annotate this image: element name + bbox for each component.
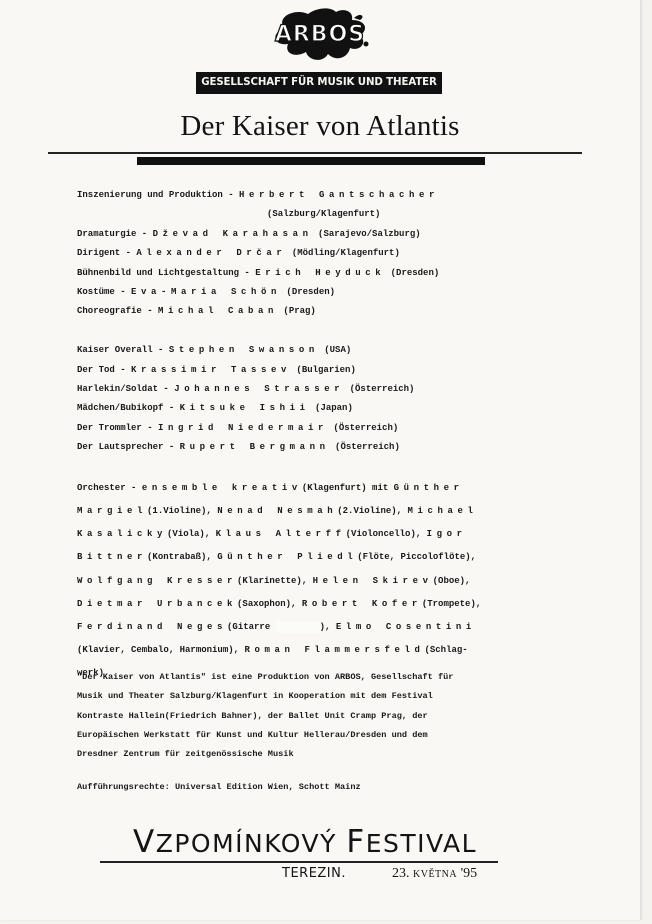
person-name: Johannes Strasser <box>174 384 344 394</box>
orchestra-line: Orchester - ensemble kreativ(Klagenfurt)… <box>77 477 577 500</box>
person-name: Eva-Maria Schön <box>131 287 281 297</box>
person-name: Stephen Swanson <box>169 345 319 355</box>
instrument-text: (Saxophon), <box>237 599 302 609</box>
musician-name: Günther Pliedl <box>217 552 357 562</box>
festival-place: TEREZIN. <box>282 866 346 881</box>
page-title: Der Kaiser von Atlantis <box>0 110 640 143</box>
musician-name: Elmo Cosentini <box>336 622 476 632</box>
role-label: Kostüme - <box>77 287 131 297</box>
musician-name: Roman Flammersfeld <box>244 645 424 655</box>
redacted-patch <box>276 621 320 633</box>
person-name: Dževad Karahasan <box>153 229 313 239</box>
musician-name: Kasalicky <box>77 529 167 539</box>
instrument-text: (Schlag- <box>424 645 467 655</box>
team-row: Choreografie - Michal Caban (Prag) <box>77 302 577 321</box>
musician-name: Günther <box>394 483 464 493</box>
person-origin: (Dresden) <box>281 287 335 297</box>
instrument-text: (Viola), <box>167 529 216 539</box>
orchestra-line: Kasalicky(Viola), Klaus Alterff(Violonce… <box>77 523 577 546</box>
role-label: Dirigent - <box>77 248 136 258</box>
date-month: KVĚTNA <box>413 869 457 880</box>
program-body: Inszenierung und Produktion - Herbert Ga… <box>77 186 577 686</box>
orchestra-list: Orchester - ensemble kreativ(Klagenfurt)… <box>77 477 577 686</box>
instrument-text: (2.Violine), <box>337 506 407 516</box>
team-row-continued: (Salzburg/Klagenfurt) <box>77 205 577 224</box>
orchestra-line: Wolfgang Kresser(Klarinette), Helen Skir… <box>77 570 577 593</box>
instrument-text: (1.Violine), <box>147 506 217 516</box>
musician-name: Nenad Nesmah <box>217 506 337 516</box>
person-name: Herbert Gantschacher <box>239 190 439 200</box>
role-label: Choreografie - <box>77 306 158 316</box>
festival-date: 23. KVĚTNA '95 <box>392 866 477 882</box>
credits-line: Dresdner Zentrum für zeitgenössische Mus… <box>77 745 557 764</box>
person-name: Rupert Bergmann <box>180 442 330 452</box>
spacer <box>77 322 577 341</box>
musician-name: Michael <box>407 506 477 516</box>
person-origin: (Bulgarien) <box>291 365 356 375</box>
role-label: Dramaturgie - <box>77 229 153 239</box>
cast-row: Der Trommler - Ingrid Niedermair (Österr… <box>77 419 577 438</box>
role-label: Harlekin/Soldat - <box>77 384 174 394</box>
musician-name: Wolfgang Kresser <box>77 576 237 586</box>
orchestra-line: Margiel(1.Violine), Nenad Nesmah(2.Violi… <box>77 500 577 523</box>
person-origin: (Mödling/Klagenfurt) <box>286 248 399 258</box>
musician-name: Robert Kofer <box>302 599 422 609</box>
cast-row: Mädchen/Bubikopf - Kitsuke Ishii (Japan) <box>77 399 577 418</box>
instrument-text: (Flöte, Piccoloflöte), <box>357 552 476 562</box>
role-label: Der Lautsprecher - <box>77 442 180 452</box>
person-name: Kitsuke Ishii <box>180 403 310 413</box>
title-rule <box>48 152 582 154</box>
person-origin: (Sarajevo/Salzburg) <box>313 229 421 239</box>
musician-name: Igor <box>427 529 467 539</box>
credits-line: Musik und Theater Salzburg/Klagenfurt in… <box>77 687 557 706</box>
credits-line: "Der Kaiser von Atlantis" ist eine Produ… <box>77 668 557 687</box>
instrument-text: Orchester - <box>77 483 142 493</box>
musician-name: Margiel <box>77 506 147 516</box>
instrument-text: (Oboe), <box>433 576 471 586</box>
person-origin: (Dresden) <box>385 268 439 278</box>
role-label: Mädchen/Bubikopf - <box>77 403 180 413</box>
role-label: Bühnenbild und Lichtgestaltung - <box>77 268 255 278</box>
person-origin: (USA) <box>319 345 351 355</box>
person-origin: (Prag) <box>278 306 316 316</box>
festival-initial: F <box>346 824 365 860</box>
instrument-text: (Gitarre <box>227 622 276 632</box>
cast-row: Kaiser Overall - Stephen Swanson (USA) <box>77 341 577 360</box>
person-origin: (Österreich) <box>344 384 414 394</box>
instrument-text: (Klagenfurt) mit <box>302 483 394 493</box>
festival-rule <box>100 861 498 863</box>
role-label: Inszenierung und Produktion - <box>77 190 239 200</box>
credits-line: Europäischen Werkstatt für Kunst und Kul… <box>77 726 557 745</box>
instrument-text: (Violoncello), <box>346 529 427 539</box>
cast-row: Der Lautsprecher - Rupert Bergmann (Öste… <box>77 438 577 457</box>
musician-name: Dietmar Urbancek <box>77 599 237 609</box>
person-name: Alexander Drčar <box>136 248 286 258</box>
date-day: 23. <box>392 866 410 881</box>
credits-line: Kontraste Hallein(Friedrich Bahner), der… <box>77 707 557 726</box>
musician-name: Helen Skirev <box>313 576 433 586</box>
team-row: Bühnenbild und Lichtgestaltung - Erich H… <box>77 264 577 283</box>
team-row: Kostüme - Eva-Maria Schön (Dresden) <box>77 283 577 302</box>
arbos-logo: ARBOS <box>256 6 376 66</box>
person-origin: (Österreich) <box>328 423 398 433</box>
instrument-text: (Klavier, Cembalo, Harmonium), <box>77 645 244 655</box>
person-name: Michal Caban <box>158 306 278 316</box>
date-year: '95 <box>461 866 478 881</box>
orchestra-line: Bittner(Kontrabaß), Günther Pliedl(Flöte… <box>77 546 577 569</box>
person-origin: (Österreich) <box>330 442 400 452</box>
festival-word: ZPOMÍNKOVÝ <box>156 829 337 858</box>
organization-subtitle: GESELLSCHAFT FÜR MUSIK UND THEATER <box>196 72 442 94</box>
role-label: Kaiser Overall - <box>77 345 169 355</box>
orchestra-line: (Klavier, Cembalo, Harmonium), Roman Fla… <box>77 639 577 662</box>
instrument-text: (Kontrabaß), <box>147 552 217 562</box>
program-sheet: ARBOS GESELLSCHAFT FÜR MUSIK UND THEATER… <box>0 0 640 920</box>
cast-list: Kaiser Overall - Stephen Swanson (USA)De… <box>77 341 577 457</box>
person-name: Erich Heyduck <box>255 268 385 278</box>
instrument-text: ), <box>320 622 336 632</box>
cast-row: Harlekin/Soldat - Johannes Strasser (Öst… <box>77 380 577 399</box>
cast-row: Der Tod - Krassimir Tassev (Bulgarien) <box>77 361 577 380</box>
festival-initial: V <box>133 824 156 860</box>
person-origin: (Salzburg/Klagenfurt) <box>267 209 380 219</box>
role-label: Der Trommler - <box>77 423 158 433</box>
instrument-text: (Trompete), <box>422 599 481 609</box>
musician-name: Bittner <box>77 552 147 562</box>
role-label: Der Tod - <box>77 365 131 375</box>
person-name: Krassimir Tassev <box>131 365 291 375</box>
person-name: Ingrid Niedermair <box>158 423 328 433</box>
person-origin: (Japan) <box>310 403 353 413</box>
production-team-list: Inszenierung und Produktion - Herbert Ga… <box>77 186 577 322</box>
orchestra-line: Ferdinand Neges(Gitarre ), Elmo Cosentin… <box>77 616 577 639</box>
musician-name: Ferdinand Neges <box>77 622 227 632</box>
orchestra-line: Dietmar Urbancek(Saxophon), Robert Kofer… <box>77 593 577 616</box>
team-row: Inszenierung und Produktion - Herbert Ga… <box>77 186 577 205</box>
production-credits: "Der Kaiser von Atlantis" ist eine Produ… <box>77 668 557 764</box>
spacer <box>77 457 577 476</box>
team-row: Dirigent - Alexander Drčar (Mödling/Klag… <box>77 244 577 263</box>
festival-word: ESTIVAL <box>366 829 477 858</box>
musician-name: Klaus Alterff <box>216 529 346 539</box>
title-bar-rule <box>137 157 485 165</box>
musician-name: ensemble kreativ <box>142 483 302 493</box>
festival-title: VZPOMÍNKOVÝ FESTIVAL <box>133 824 477 860</box>
instrument-text: (Klarinette), <box>237 576 313 586</box>
logo-text: ARBOS <box>266 22 374 47</box>
performance-rights: Aufführungsrechte: Universal Edition Wie… <box>77 782 361 792</box>
team-row: Dramaturgie - Dževad Karahasan (Sarajevo… <box>77 225 577 244</box>
